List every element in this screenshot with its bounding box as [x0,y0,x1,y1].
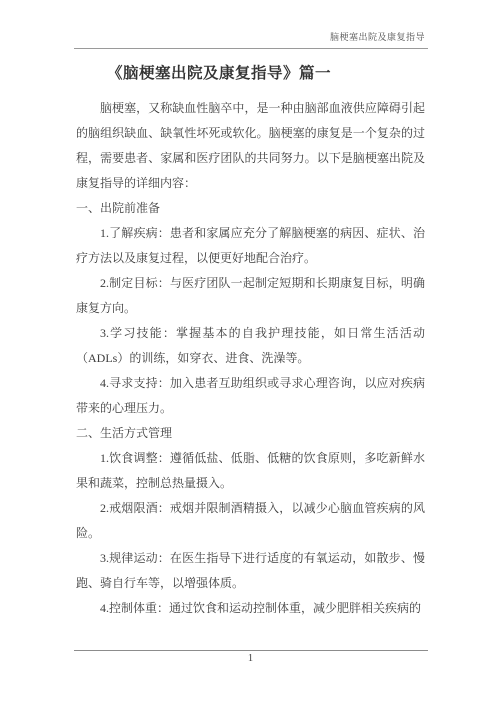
section-heading-2: 二、生活方式管理 [76,421,425,446]
section-heading-1: 一、出院前准备 [76,196,425,221]
body-paragraph: 3.学习技能：掌握基本的自我护理技能，如日常生活活动（ADLs）的训练，如穿衣、… [76,321,425,371]
body-paragraph: 1.了解疾病：患者和家属应充分了解脑梗塞的病因、症状、治疗方法以及康复过程，以便… [76,221,425,271]
running-header-text: 脑梗塞出院及康复指导 [76,30,425,43]
intro-paragraph: 脑梗塞，又称缺血性脑卒中，是一种由脑部血液供应障碍引起的脑组织缺血、缺氧性坏死或… [76,96,425,196]
body-paragraph: 2.制定目标：与医疗团队一起制定短期和长期康复目标，明确康复方向。 [76,271,425,321]
document-page: 脑梗塞出院及康复指导 《脑梗塞出院及康复指导》篇一 脑梗塞，又称缺血性脑卒中，是… [0,0,500,707]
page-number: 1 [76,651,425,667]
body-paragraph: 2.戒烟限酒：戒烟并限制酒精摄入，以减少心脑血管疾病的风险。 [76,496,425,546]
document-title: 《脑梗塞出院及康复指导》篇一 [76,60,425,87]
body-paragraph: 1.饮食调整：遵循低盐、低脂、低糖的饮食原则，多吃新鲜水果和蔬菜，控制总热量摄入… [76,446,425,496]
body-paragraph: 3.规律运动：在医生指导下进行适度的有氧运动，如散步、慢跑、骑自行车等，以增强体… [76,546,425,596]
body-paragraph: 4.寻求支持：加入患者互助组织或寻求心理咨询，以应对疾病带来的心理压力。 [76,371,425,421]
header-rule [74,48,428,49]
body-paragraph: 4.控制体重：通过饮食和运动控制体重，减少肥胖相关疾病的 [76,596,425,621]
document-body: 脑梗塞，又称缺血性脑卒中，是一种由脑部血液供应障碍引起的脑组织缺血、缺氧性坏死或… [76,96,425,621]
